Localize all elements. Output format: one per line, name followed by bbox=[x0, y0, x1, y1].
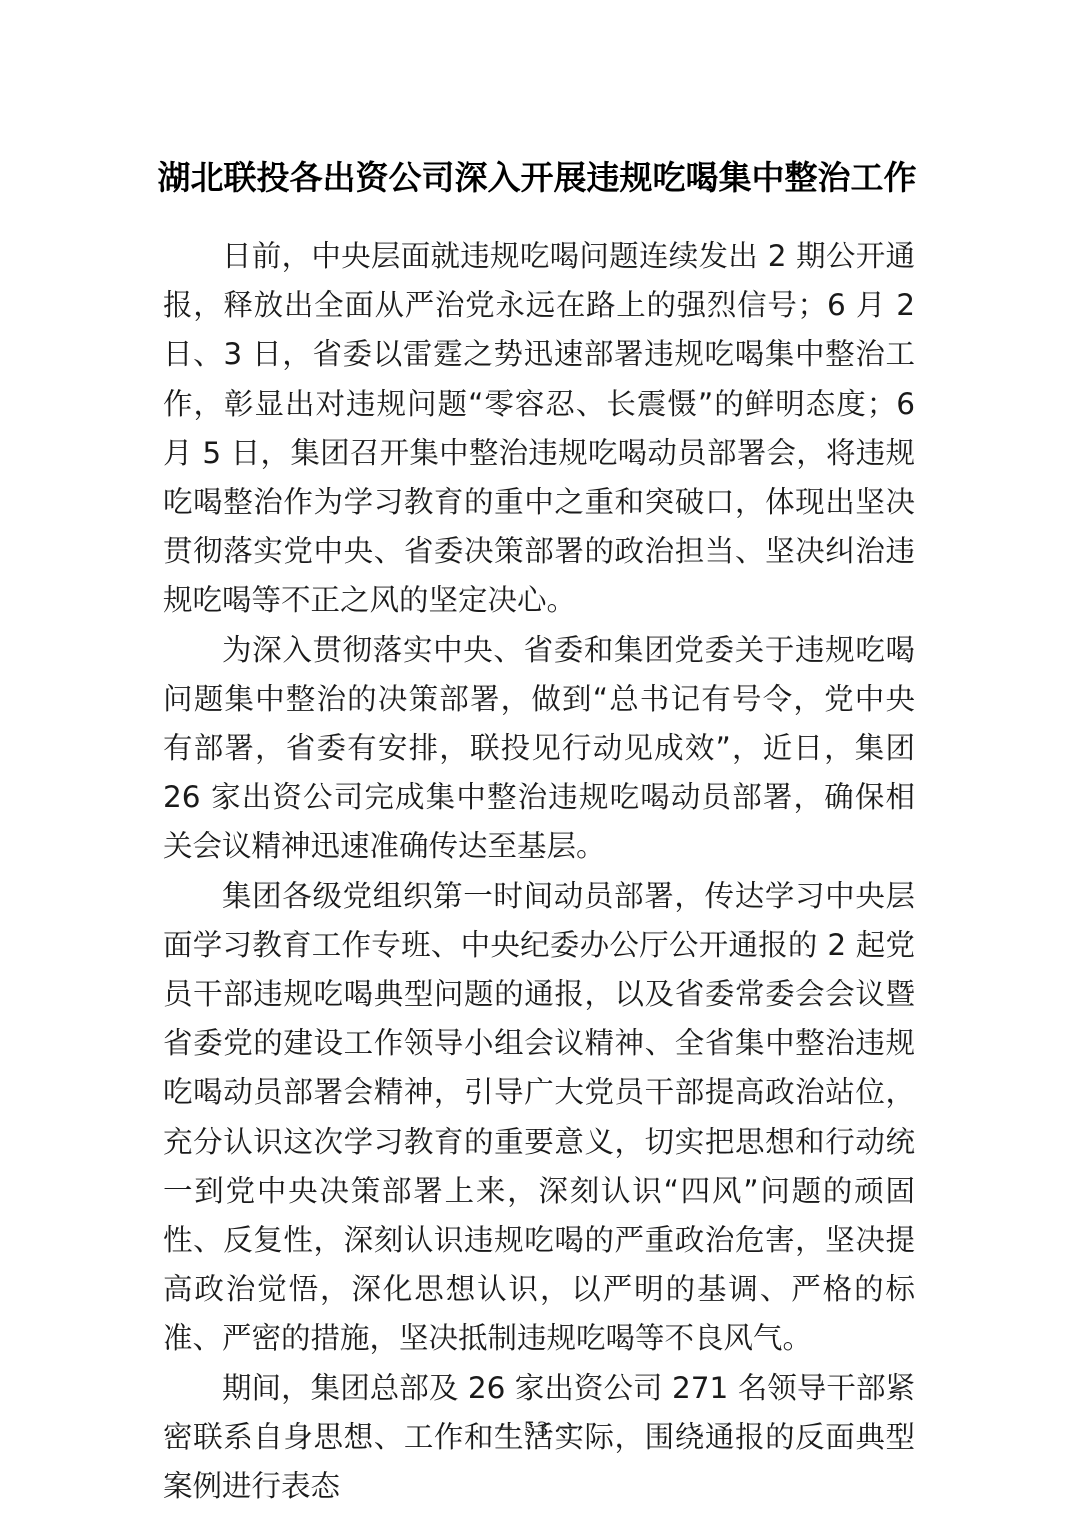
paragraph-1: 日前，中央层面就违规吃喝问题连续发出 2 期公开通报，释放出全面从严治党永远在路… bbox=[163, 232, 915, 626]
paragraph-2: 为深入贯彻落实中央、省委和集团党委关于违规吃喝问题集中整治的决策部署，做到“总书… bbox=[163, 626, 915, 872]
document-body: 日前，中央层面就违规吃喝问题连续发出 2 期公开通报，释放出全面从严治党永远在路… bbox=[163, 232, 915, 1511]
document-page: 湖北联投各出资公司深入开展违规吃喝集中整治工作 日前，中央层面就违规吃喝问题连续… bbox=[0, 0, 1074, 1520]
paragraph-3: 集团各级党组织第一时间动员部署，传达学习中央层面学习教育工作专班、中央纪委办公厅… bbox=[163, 872, 915, 1364]
document-title: 湖北联投各出资公司深入开展违规吃喝集中整治工作 bbox=[150, 156, 924, 200]
page-number: － 53 － bbox=[0, 1414, 1074, 1444]
